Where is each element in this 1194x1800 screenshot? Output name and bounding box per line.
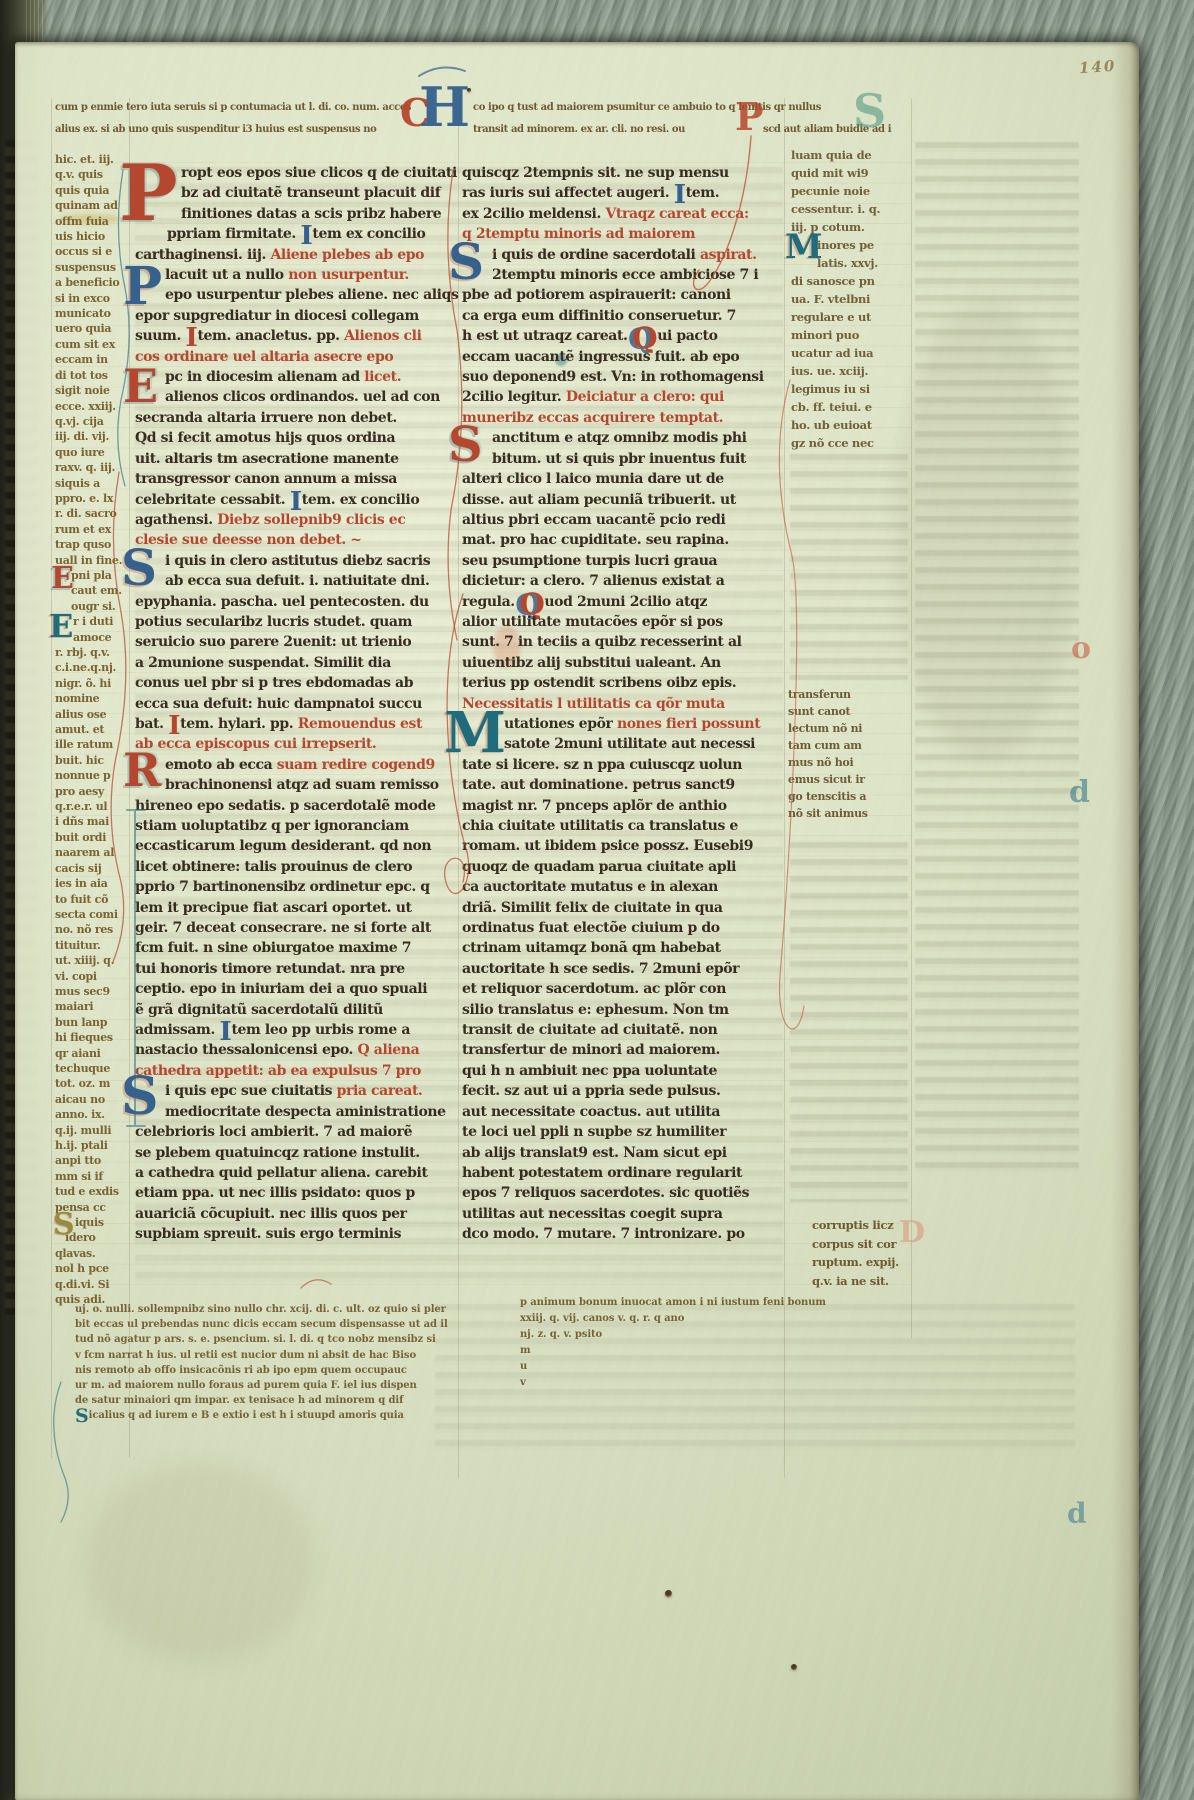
ink-text: et reliquor sacerdotum. ac plõr con — [462, 981, 726, 997]
text-line: a 2munione suspendat. Similit dia — [135, 653, 457, 673]
text-line: di sanosce pn — [791, 272, 909, 290]
text-line: nigr. õ. hi — [55, 676, 133, 691]
text-line: sunt. 7 in teciis a quibz recesserint al — [462, 632, 782, 652]
rubric-text: licet. — [364, 369, 401, 385]
text-line: tate si licere. sz n ppa cuiuscqz uolun — [462, 755, 782, 775]
text-line: magist nr. 7 pnceps aplõr de anthio — [462, 796, 782, 816]
illuminated-initial-e: E — [51, 564, 74, 594]
running-header-line1-left: cum p enmie tero iuta seruis si p contum… — [55, 98, 411, 118]
text-line: p animum bonum inuocat amon i ni iustum … — [520, 1295, 830, 1311]
ink-text: auariciã cõcupiuit. nec illis quos per — [135, 1206, 407, 1222]
ink-text: nastacio thessalonicensi epo. — [135, 1042, 358, 1058]
ink-text: alior utilitate mutacões epõr si pos — [462, 614, 723, 630]
rubric-text: Diebz sollepnib9 clicis ec — [217, 512, 405, 528]
text-line: 2temptu minoris ecce ambiciose 7 i — [462, 265, 782, 285]
ink-text: pprio 7 bartinonensibz ordinetur epc. q — [135, 879, 430, 895]
text-line: nj. z. q. v. psito — [520, 1327, 830, 1343]
text-line: legimus iu si — [791, 380, 909, 398]
text-line: q.v. ia ne sit. — [812, 1272, 920, 1291]
rubric-text: aspirat. — [700, 247, 757, 263]
text-line: tate. aut dominatione. petrus sanct9 — [462, 775, 782, 795]
ink-text: anctitum e atqz omnibz modis phi — [492, 430, 747, 446]
text-line: terius pp ostendit scribens oibz epis. — [462, 673, 782, 693]
illuminated-initial-s: S — [448, 421, 482, 469]
ink-text: secranda altaria irruere non debet. — [135, 410, 397, 426]
text-line: i quis epc sue ciuitatis pria careat. — [135, 1081, 457, 1101]
ink-text: ceptio. epo in iniuriam dei a quo spuali — [135, 981, 427, 997]
text-line: seu psumptione turpis lucri graua — [462, 551, 782, 571]
text-line: te loci uel ppli n supbe sz humiliter — [462, 1122, 782, 1142]
text-line: muneribz eccas acquirere temptat. — [462, 408, 782, 428]
ink-text: uit. altaris tm asecratione manente — [135, 451, 399, 467]
show-through-text — [915, 142, 1079, 1172]
text-line: to fuit cõ — [55, 892, 133, 907]
text-line: q.r.e.r. ul — [55, 799, 133, 814]
text-line: lectum nõ ni — [788, 720, 908, 737]
vertical-ruling — [784, 98, 785, 1478]
rubric-text: Q aliena — [358, 1042, 420, 1058]
ink-text: bz ad ciuitatẽ transeunt placuit dif — [181, 185, 440, 201]
text-line: licet obtinere: talis prouinus de clero — [135, 857, 457, 877]
illuminated-initial-s: S — [121, 543, 157, 593]
text-line: a cathedra quid pellatur aliena. carebit — [135, 1163, 457, 1183]
text-line: ab ecca sua defuit. i. natiuitate dni. — [135, 571, 457, 591]
ink-text: suum. — [135, 328, 185, 344]
rubric-text: cos ordinare uel altaria asecre epo — [135, 349, 393, 365]
text-line: nis remoto ab offo insicacõnis ri ab ipo… — [75, 1363, 471, 1378]
ink-text: a cathedra quid pellatur aliena. carebit — [135, 1165, 428, 1181]
text-line: bitum. ut si quis pbr inuentus fuit — [462, 449, 782, 469]
text-line: alteri clico l laico munia dare ut de — [462, 469, 782, 489]
text-line: utationes epõr nones fieri possunt — [462, 714, 782, 734]
text-line: nomine — [55, 691, 133, 706]
text-line: agathensi. Diebz sollepnib9 clicis ec — [135, 510, 457, 530]
ink-text: epos 7 reliquos sacerdotes. sic quotiẽs — [462, 1185, 749, 1201]
illuminated-initial-r: R — [123, 747, 161, 793]
text-line: quiscqz 2tempnis sit. ne sup mensu — [462, 163, 782, 183]
text-line: utilitas aut necessitas coegit supra — [462, 1204, 782, 1224]
text-line: transfertur de minori ad maiorem. — [462, 1040, 782, 1060]
ink-text: tem leo pp urbis rome a — [231, 1022, 410, 1038]
illuminated-initial-m: M — [785, 230, 822, 264]
teal-d: d — [1069, 778, 1090, 808]
text-line: clesie sue deesse non debet. ~ — [135, 530, 457, 550]
running-header-line2-left: alius ex. si ab uno quis suspenditur i3 … — [55, 120, 376, 140]
ink-text: icalius q ad iurem e B e extio i est h i… — [89, 1410, 404, 1421]
text-line: eccasticarum legum desiderant. qd non — [135, 836, 457, 856]
text-line: Qd si fecit amotus hijs quos ordina — [135, 428, 457, 448]
ink-text: ab ecca sua defuit. i. natiuitate dni. — [165, 573, 429, 589]
ink-text: tem. — [686, 185, 719, 201]
main-text-column-left: ropt eos epos siue clicos q de ciuitatib… — [135, 163, 457, 1245]
ink-text: ras iuris sui affectet augeri. — [462, 185, 674, 201]
text-line: hi fieques — [55, 1030, 133, 1045]
text-line: mediocritate despecta aministratione — [135, 1102, 457, 1122]
ink-text: silio translatus e: ephesum. Non tm — [462, 1002, 729, 1018]
right-margin-gloss-block1: luam quia dequid mit wi9pecunie noiecess… — [791, 146, 909, 452]
text-line: q.vj. cija — [55, 414, 133, 429]
text-line: alior utilitate mutacões epõr si pos — [462, 612, 782, 632]
text-line: pc in diocesim alienam ad licet. — [135, 367, 457, 387]
text-line: celebritate cessabit. Item. ex concilio — [135, 490, 457, 510]
text-line: quid mit wi9 — [791, 164, 909, 182]
text-line: ies in aia — [55, 876, 133, 891]
text-line: suum. Item. anacletus. pp. Alienos cli — [135, 326, 457, 346]
ink-text: auctoritate h sce sedis. 7 2muni epõr — [462, 961, 739, 977]
text-line: municato — [55, 306, 133, 321]
ink-text: i quis epc sue ciuitatis — [165, 1083, 337, 1099]
ink-text: amoce — [73, 631, 111, 644]
rubric-text: Alienos cli — [344, 328, 421, 344]
text-line: pbe ad potiorem aspirauerit: canoni — [462, 285, 782, 305]
ink-text: a 2munione suspendat. Similit dia — [135, 655, 391, 671]
ink-text: disse. aut aliam pecuniã tribuerit. ut — [462, 492, 736, 508]
text-line: altius pbri eccam uacantẽ pcio redi — [462, 510, 782, 530]
ink-text: mediocritate despecta aministratione — [165, 1104, 446, 1120]
text-line: chia ciuitate utilitatis ca translatus e — [462, 816, 782, 836]
text-line: carthaginensi. iij. Aliene plebes ab epo — [135, 245, 457, 265]
text-line: cb. ff. teiui. e — [791, 398, 909, 416]
text-line: pro aesy — [55, 784, 133, 799]
ink-text: iquis — [75, 1216, 104, 1229]
text-line: et reliquor sacerdotum. ac plõr con — [462, 979, 782, 999]
text-line: suspensus — [55, 260, 133, 275]
text-line: buit ordi — [55, 830, 133, 845]
text-line: alius ose — [55, 707, 133, 722]
ink-text: tui honoris timore retundat. nra pre — [135, 961, 405, 977]
ink-text: dco modo. 7 mutare. 7 intronizare. po — [462, 1226, 745, 1242]
text-line: ecca sua defuit: huic dampnatoi succu — [135, 694, 457, 714]
ink-text: bat. — [135, 716, 168, 732]
text-line: ruptum. expij. — [812, 1253, 920, 1272]
ink-text: agathensi. — [135, 512, 217, 528]
ink-text: dicietur: a clero. 7 alienus existat a — [462, 573, 724, 589]
ink-text: chia ciuitate utilitatis ca translatus e — [462, 818, 738, 834]
text-line: de satur minaiori qm impar. ex tenisace … — [75, 1393, 471, 1408]
text-line: anpi tto — [55, 1153, 133, 1168]
text-line: transit de ciuitate ad ciuitatẽ. non — [462, 1020, 782, 1040]
text-line: epos 7 reliquos sacerdotes. sic quotiẽs — [462, 1183, 782, 1203]
ink-text: suo deponend9 est. Vn: in rothomagensi — [462, 369, 764, 385]
text-line: pprio 7 bartinonensibz ordinetur epc. q — [135, 877, 457, 897]
parchment-stain — [85, 1462, 315, 1662]
text-line: naarem al — [55, 845, 133, 860]
ink-text: epyphania. pascha. uel pentecosten. du — [135, 594, 429, 610]
text-line: ab alijs translat9 est. Nam sicut epi — [462, 1143, 782, 1163]
ink-text: admissam. — [135, 1022, 219, 1038]
rubric-text: Remouendus est — [298, 716, 422, 732]
text-line: h.ij. ptali — [55, 1138, 133, 1153]
ink-text: supbiam spreuit. suis ergo terminis — [135, 1226, 401, 1242]
text-line: silio translatus e: ephesum. Non tm — [462, 1000, 782, 1020]
text-line: epor supgrediatur in diocesi collegam — [135, 306, 457, 326]
ink-text: latis. xxvj. — [817, 256, 878, 270]
text-line: cos ordinare uel altaria asecre epo — [135, 347, 457, 367]
ink-text: 2cilio legitur. — [462, 389, 566, 405]
text-line: mus nõ hoi — [788, 754, 908, 771]
text-line: pecunie noie — [791, 182, 909, 200]
ink-text: ex 2cilio meldensi. — [462, 206, 605, 222]
ink-text: utationes epõr — [504, 716, 617, 732]
text-line: no. nõ res — [55, 922, 133, 937]
left-margin-gloss: hic. et. iij.q.v. quisquis quiaquinam ad… — [55, 152, 133, 1307]
ink-text: ui pacto — [657, 328, 717, 344]
text-line: bun lanp — [55, 1015, 133, 1030]
ink-text: habent potestatem ordinare regularit — [462, 1165, 742, 1181]
ink-text: tem ex concilio — [312, 226, 425, 242]
text-line: transferun — [788, 686, 908, 703]
text-line: eccam uacantẽ ingressus fuit. ab epo — [462, 347, 782, 367]
text-line: mus sec9 — [55, 984, 133, 999]
bottom-right-gloss-fragments: p animum bonum inuocat amon i ni iustum … — [520, 1295, 830, 1391]
illuminated-initial-m: M — [444, 705, 506, 761]
text-line: quoqz de quadam parua ciuitate apli — [462, 857, 782, 877]
ink-text: celebrioris loci ambierit. 7 ad maiorẽ — [135, 1124, 412, 1140]
ink-text: etiam ppa. ut nec illis psidato: quos p — [135, 1185, 415, 1201]
red-ring: o — [1071, 634, 1091, 664]
ink-text: epo usurpentur plebes aliene. nec aliqs — [165, 287, 458, 303]
text-line: habent potestatem ordinare regularit — [462, 1163, 782, 1183]
ink-text: licet obtinere: talis prouinus de clero — [135, 859, 412, 875]
text-line: xxiij. q. vij. canos v. q. r. q ano — [520, 1311, 830, 1327]
ink-text: ppriam firmitate. — [167, 226, 300, 242]
text-line: ho. ub euioat — [791, 416, 909, 434]
rubric-text: nones fieri possunt — [617, 716, 760, 732]
rubric-text: muneribz eccas acquirere temptat. — [462, 410, 723, 426]
rubric-text: non usurpentur. — [288, 267, 409, 283]
text-line: uj. o. nulli. sollempnibz sino nullo chr… — [75, 1302, 471, 1317]
text-line: nonnue p — [55, 768, 133, 783]
ink-text: terius pp ostendit scribens oibz epis. — [462, 675, 736, 691]
text-line: etiam ppa. ut nec illis psidato: quos p — [135, 1183, 457, 1203]
ink-text: hireneo epo sedatis. p sacerdotalẽ mode — [135, 798, 436, 814]
ink-text: driã. Similit felix de ciuitate in qua — [462, 900, 723, 916]
illuminated-initial-s: S — [53, 1210, 74, 1240]
text-line: m — [520, 1343, 830, 1359]
text-line: tituitur. — [55, 938, 133, 953]
pink-d: D — [899, 1218, 925, 1248]
text-line: q 2temptu minoris ad maiorem — [462, 224, 782, 244]
text-line: alienos clicos ordinandos. uel ad con — [135, 387, 457, 407]
ink-text: ca auctoritate mutatus e in alexan — [462, 879, 718, 895]
photograph-of-manuscript-page: { "folio": { "number": "140" }, "header"… — [0, 0, 1194, 1800]
text-line: ppriam firmitate. Item ex concilio — [135, 224, 457, 244]
text-line: anctitum e atqz omnibz modis phi — [462, 428, 782, 448]
header-paragraph-mark: P — [735, 98, 764, 136]
text-line: cathedra appetit: ab ea expulsus 7 pro — [135, 1061, 457, 1081]
ink-text: alteri clico l laico munia dare ut de — [462, 471, 724, 487]
text-line: qr aiani — [55, 1046, 133, 1061]
text-line: 2cilio legitur. Deiciatur a clero: qui — [462, 387, 782, 407]
ink-text: te loci uel ppli n supbe sz humiliter — [462, 1124, 726, 1140]
ink-text: quiscqz 2tempnis sit. ne sup mensu — [462, 165, 729, 181]
text-line: nol h pce — [55, 1261, 133, 1276]
ink-text: qui h n ambiuit nec ppa uoluntate — [462, 1063, 717, 1079]
text-line: quo iure — [55, 445, 133, 460]
ink-text: magist nr. 7 pnceps aplõr de anthio — [462, 798, 727, 814]
text-line: rum et ex — [55, 522, 133, 537]
ink-text: sunt. 7 in teciis a quibz recesserint al — [462, 634, 742, 650]
text-line: dicietur: a clero. 7 alienus existat a — [462, 571, 782, 591]
ink-speck — [467, 88, 471, 92]
text-line: epo usurpentur plebes aliene. nec aliqs — [135, 285, 457, 305]
ink-text: caut em. — [71, 584, 122, 597]
text-line: emus sicut ir — [788, 771, 908, 788]
inline-initial: S — [75, 1406, 89, 1428]
text-line: qlavas. — [55, 1246, 133, 1261]
text-line: cacis sij — [55, 861, 133, 876]
ink-text: pbe ad potiorem aspirauerit: canoni — [462, 287, 731, 303]
folio-number: 140 — [1078, 57, 1116, 78]
text-line: disse. aut aliam pecuniã tribuerit. ut — [462, 490, 782, 510]
text-line: nastacio thessalonicensi epo. Q aliena — [135, 1040, 457, 1060]
text-line: supbiam spreuit. suis ergo terminis — [135, 1224, 457, 1244]
ink-text: se plebem quatuincqz ratione instulit. — [135, 1145, 420, 1161]
ink-text: seu psumptione turpis lucri graua — [462, 553, 717, 569]
ink-text: lacuit ut a nullo — [165, 267, 288, 283]
ink-text: transgressor canon annum a missa — [135, 471, 397, 487]
text-line: ut. xiiij. q. — [55, 953, 133, 968]
ink-text: alienos clicos ordinandos. uel ad con — [165, 389, 440, 405]
ink-text: fcm fuit. n sine obiurgatoe maxime 7 — [135, 940, 411, 956]
ink-text: utilitas aut necessitas coegit supra — [462, 1206, 723, 1222]
text-line: r. di. sacro — [55, 506, 133, 521]
ink-text: quoqz de quadam parua ciuitate apli — [462, 859, 736, 875]
show-through-text — [790, 842, 908, 1202]
text-line: tud nõ agatur p ars. s. e. psencium. si.… — [75, 1332, 471, 1347]
bottom-initial-flourish — [54, 1382, 68, 1522]
rubric-text: Vtraqz careat ecca: — [605, 206, 748, 222]
ink-text: uod 2muni 2cilio atqz — [544, 594, 707, 610]
text-line: tam cum am — [788, 737, 908, 754]
illuminated-initial-s: S — [121, 1071, 158, 1123]
text-line: conus uel pbr si p tres ebdomadas ab — [135, 673, 457, 693]
text-line: tud e exdis — [55, 1184, 133, 1199]
text-line: secranda altaria irruere non debet. — [135, 408, 457, 428]
text-line: ppro. e. lx — [55, 491, 133, 506]
text-line: regula. Quod 2muni 2cilio atqz — [462, 592, 782, 612]
text-line: occus si e — [55, 244, 133, 259]
text-line: ius. ue. xciij. — [791, 362, 909, 380]
ink-text: satote 2muni utilitate aut necessi — [504, 736, 755, 752]
ink-text: ẽ grã dignitatũ sacerdotalũ dilitũ — [135, 1002, 383, 1018]
ink-text: altius pbri eccam uacantẽ pcio redi — [462, 512, 725, 528]
rubric-text: q 2temptu minoris ad maiorem — [462, 226, 695, 242]
text-line: luam quia de — [791, 146, 909, 164]
text-line: tui honoris timore retundat. nra pre — [135, 959, 457, 979]
rubric-text: Deiciatur a clero: qui — [566, 389, 724, 405]
rubric-text: ab ecca episcopus cui irrepserit. — [135, 736, 376, 752]
running-header-line1-right: co ipo q tust ad maiorem psumitur ce amb… — [473, 98, 821, 118]
text-line: i quis in clero astitutus diebz sacris — [135, 551, 457, 571]
text-line: gz nõ cce nec — [791, 434, 909, 452]
text-line: minori puo — [791, 326, 909, 344]
ink-text: r i duti — [73, 615, 113, 628]
text-line: h est ut utraqz careat. Qui pacto — [462, 326, 782, 346]
text-line: dco modo. 7 mutare. 7 intronizare. po — [462, 1224, 782, 1244]
text-line: auctoritate h sce sedis. 7 2muni epõr — [462, 959, 782, 979]
text-line: Sicalius q ad iurem e B e extio i est h … — [75, 1408, 471, 1423]
ink-text: uiuentibz alij substitui ualeant. An — [462, 655, 721, 671]
ink-text: ougr si. — [71, 600, 115, 613]
vertical-ruling — [51, 98, 52, 1458]
text-line: sunt canot — [788, 703, 908, 720]
rubric-text: cathedra appetit: ab ea expulsus 7 pro — [135, 1063, 421, 1079]
text-line: ẽ grã dignitatũ sacerdotalũ dilitũ — [135, 1000, 457, 1020]
text-line: regulare e ut — [791, 308, 909, 326]
ink-text: aut necessitate coactus. aut utilita — [462, 1104, 720, 1120]
text-line: ca erga eum diffinitio conseruetur. 7 — [462, 306, 782, 326]
text-line: raxv. q. iij. — [55, 460, 133, 475]
text-line: i quis de ordine sacerdotali aspirat. — [462, 245, 782, 265]
text-line: se plebem quatuincqz ratione instulit. — [135, 1143, 457, 1163]
ink-text: tem. hylari. pp. — [180, 716, 298, 732]
text-line: u — [520, 1359, 830, 1375]
ink-text: transfertur de minori ad maiorem. — [462, 1042, 720, 1058]
text-line: c.i.ne.q.nj. — [55, 660, 133, 675]
ink-text: potius secularibz lucris studet. quam — [135, 614, 412, 630]
text-line: ecce. xxiij. — [55, 399, 133, 414]
text-line: lem it precipue fiat ascari oportet. ut — [135, 898, 457, 918]
teal-d2: d — [1067, 1500, 1087, 1528]
text-line: bit eccas ul prebendas nunc dicis eccam … — [75, 1317, 471, 1332]
ink-text: fecit. sz aut ui a ppria sede pulsus. — [462, 1083, 720, 1099]
text-line: Necessitatis l utilitatis ca qõr muta — [462, 694, 782, 714]
text-line: ras iuris sui affectet augeri. Item. — [462, 183, 782, 203]
ink-speck — [665, 1590, 672, 1597]
text-line: cum sit ex — [55, 337, 133, 352]
text-line: siquis a — [55, 476, 133, 491]
text-line: sigit noie — [55, 383, 133, 398]
ink-text: h est ut utraqz careat. — [462, 328, 632, 344]
text-line: maiari — [55, 999, 133, 1014]
green-s: S — [853, 88, 886, 134]
text-line: go tenscitis a — [788, 788, 908, 805]
ink-text: emoto ab ecca — [165, 757, 277, 773]
ink-speck — [791, 1664, 797, 1670]
ink-text: geir. 7 deceat consecrare. ne si forte a… — [135, 920, 431, 936]
text-line: aut necessitate coactus. aut utilita — [462, 1102, 782, 1122]
text-line: buit. hic — [55, 753, 133, 768]
text-line: mm si if — [55, 1169, 133, 1184]
rubric-text: clesie sue deesse non debet. ~ — [135, 532, 362, 548]
text-line: ctrinam uitamqz bonã qm habebat — [462, 938, 782, 958]
text-line: ceptio. epo in iniuriam dei a quo spuali — [135, 979, 457, 999]
ink-text: bitum. ut si quis pbr inuentus fuit — [492, 451, 746, 467]
ink-text: tate. aut dominatione. petrus sanct9 — [462, 777, 735, 793]
text-line: ex 2cilio meldensi. Vtraqz careat ecca: — [462, 204, 782, 224]
page-right-edge — [1111, 42, 1139, 1800]
text-line: uit. altaris tm asecratione manente — [135, 449, 457, 469]
text-line: v — [520, 1375, 830, 1391]
text-line: geir. 7 deceat consecrare. ne si forte a… — [135, 918, 457, 938]
text-line: hireneo epo sedatis. p sacerdotalẽ mode — [135, 796, 457, 816]
text-line: r. rbj. q.v. — [55, 645, 133, 660]
ink-text: lem it precipue fiat ascari oportet. ut — [135, 900, 412, 916]
ink-text: i quis de ordine sacerdotali — [492, 247, 700, 263]
ink-text: epor supgrediatur in diocesi collegam — [135, 308, 419, 324]
text-line: potius secularibz lucris studet. quam — [135, 612, 457, 632]
text-line: nõ sit animus — [788, 805, 908, 822]
text-line: amut. et — [55, 722, 133, 737]
ink-text: ropt eos epos siue clicos q de ciuitati — [181, 165, 457, 181]
text-line: ua. F. vtelbni — [791, 290, 909, 308]
text-line: eccam in — [55, 352, 133, 367]
text-line: satote 2muni utilitate aut necessi — [462, 734, 782, 754]
right-margin-gloss-block2: transferunsunt canotlectum nõ nitam cum … — [788, 686, 908, 822]
ink-text: pc in diocesim alienam ad — [165, 369, 364, 385]
ink-text: mat. pro hac cupiditate. seu rapina. — [462, 532, 729, 548]
